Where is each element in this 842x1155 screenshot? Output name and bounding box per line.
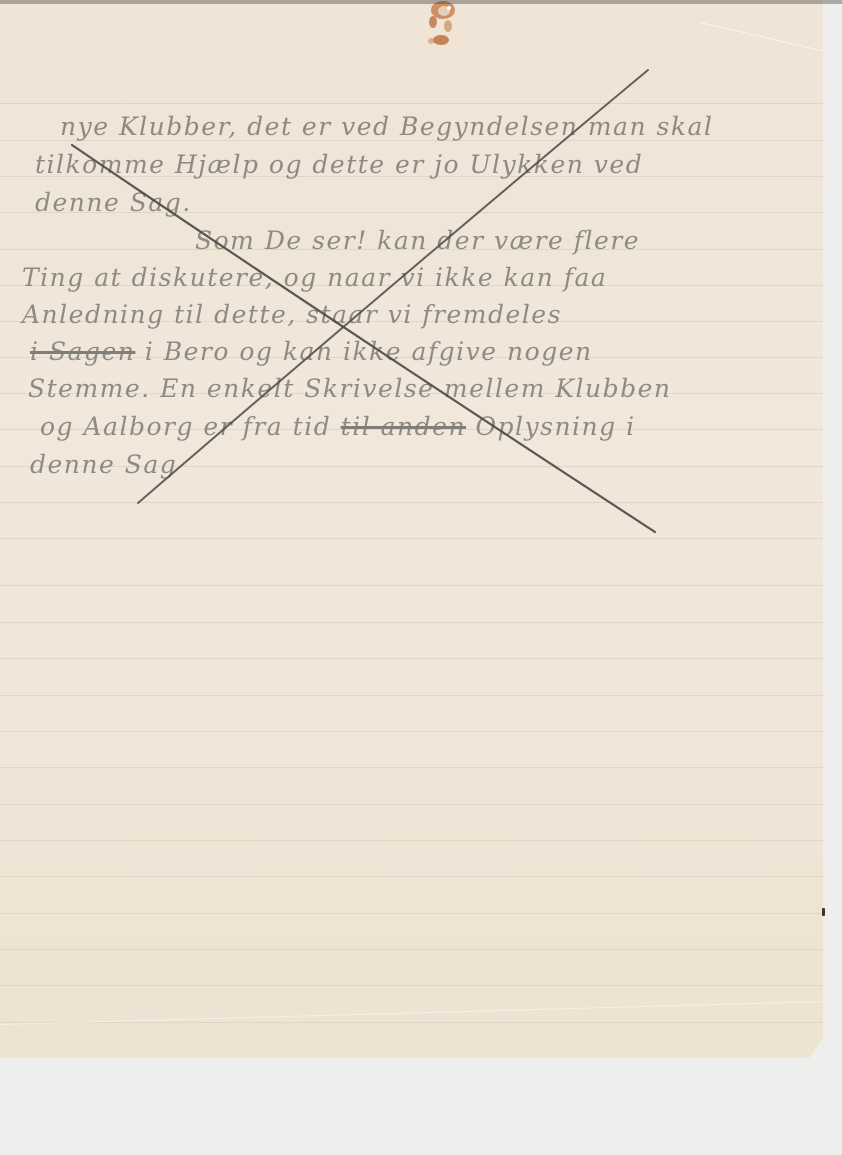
ruled-line (0, 103, 823, 104)
text-line-3: denne Sag. (35, 188, 192, 217)
rust-stain (415, 0, 465, 55)
text-line-8: Stemme. En enkelt Skrivelse mellem Klubb… (28, 374, 672, 403)
text-line-6: Anledning til dette, staar vi fremdeles (22, 300, 562, 329)
text-line-10: denne Sag (30, 450, 177, 479)
scan-speck (822, 908, 825, 916)
scanner-edge (0, 0, 842, 4)
letter-paper: nye Klubber, det er ved Begyndelsen man … (0, 0, 823, 1058)
ruled-line (0, 538, 823, 539)
ruled-line (0, 985, 823, 986)
text-line-2: tilkomme Hjælp og dette er jo Ulykken ve… (35, 150, 643, 179)
ruled-line (0, 804, 823, 805)
ruled-line (0, 767, 823, 768)
paper-fold-crease (700, 22, 823, 54)
ruled-line (0, 1022, 823, 1023)
scanned-page: nye Klubber, det er ved Begyndelsen man … (0, 0, 842, 1155)
text-line-9-start: og Aalborg er fra tid (40, 412, 341, 441)
torn-corner (809, 1038, 823, 1058)
text-line-9: og Aalborg er fra tid til anden Oplysnin… (40, 412, 636, 441)
struck-text: i Sagen (30, 337, 135, 366)
text-line-9-rest: Oplysning i (466, 412, 636, 441)
struck-text: til anden (341, 412, 466, 441)
ruled-line (0, 622, 823, 623)
text-line-7: i Sagen i Bero og kan ikke afgive nogen (30, 337, 593, 366)
ruled-line (0, 585, 823, 586)
ruled-line (0, 949, 823, 950)
ruled-line (0, 502, 823, 503)
text-line-1: nye Klubber, det er ved Begyndelsen man … (60, 112, 713, 141)
text-line-4: Som De ser! kan der være flere (195, 226, 640, 255)
ruled-line (0, 876, 823, 877)
ruled-line (0, 840, 823, 841)
ruled-line (0, 658, 823, 659)
text-line-7-rest: i Bero og kan ikke afgive nogen (135, 337, 592, 366)
text-line-5: Ting at diskutere, og naar vi ikke kan f… (22, 263, 607, 292)
ruled-line (0, 913, 823, 914)
ruled-line (0, 695, 823, 696)
ruled-line (0, 731, 823, 732)
